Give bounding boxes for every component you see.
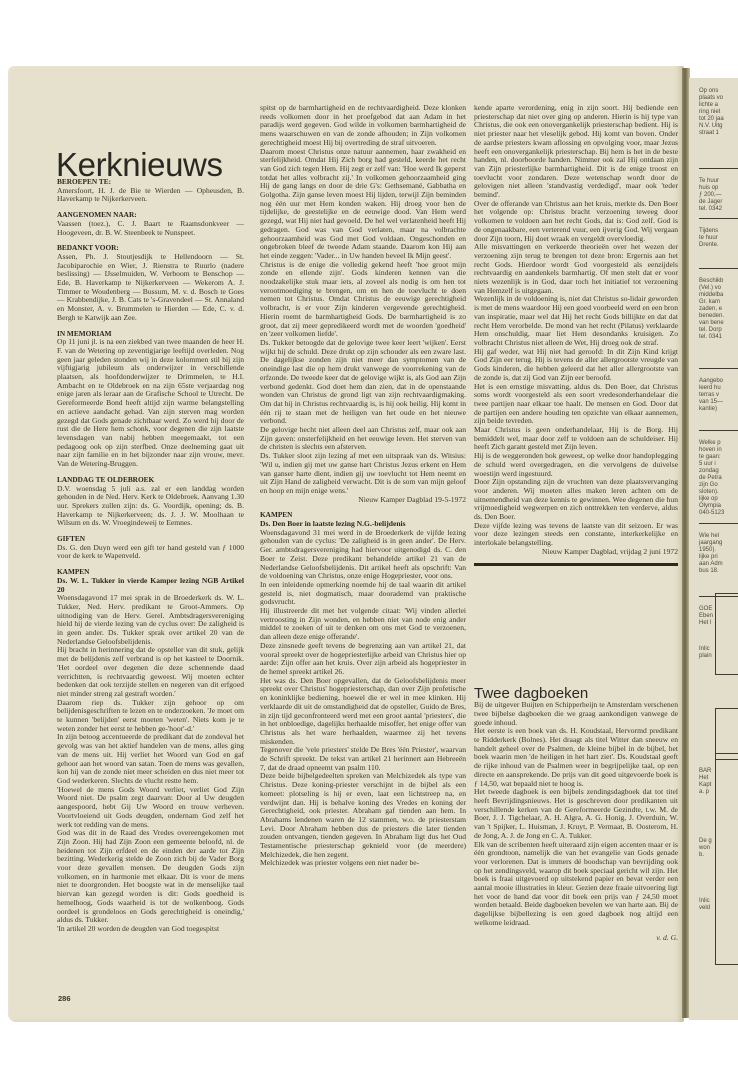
- paragraph: 'In artikel 20 worden de deugden van God…: [57, 925, 244, 934]
- paragraph: Daarom moest Christus onze natuur aannem…: [260, 148, 466, 261]
- paragraph: Alle misvattingen en verkeerde theorieën…: [474, 243, 678, 295]
- ad-box-border: [715, 593, 738, 675]
- paragraph: kende aparte verordening, enig in zijn s…: [474, 104, 678, 200]
- paragraph: Door Zijn opstanding zijn de vruchten va…: [474, 478, 678, 522]
- paragraph: Melchizedek was priester volgens een nie…: [260, 859, 466, 868]
- ad-divider: [699, 368, 738, 369]
- paragraph: Elk van de scribenten heeft uiteraard zi…: [474, 841, 678, 928]
- paragraph: Woensdagavond 31 mei werd in de Broederk…: [260, 529, 466, 581]
- paragraph: Het was ds. Den Boer opgevallen, dat de …: [260, 677, 466, 747]
- column-1: BEROEPEN TE:Amersfoort, H. J. de Bie te …: [57, 178, 244, 934]
- source-credit: Nieuw Kamper Dagblad, vrijdag 2 juni 197…: [474, 548, 678, 557]
- source-credit: Nieuw Kamper Dagblad 19-5-1972: [260, 496, 466, 505]
- paragraph: Het tweede dagboek is een bijbels zendin…: [474, 788, 678, 840]
- ad-box-border: [715, 753, 738, 965]
- paragraph: Hij bracht in herinnering dat de opstell…: [57, 646, 244, 698]
- paragraph: Hij gaf weder, wat Hij niet had geroofd:…: [474, 348, 678, 383]
- paragraph: God was dit in de Raad des Vredes overee…: [57, 829, 244, 925]
- ad-divider: [699, 168, 738, 169]
- paragraph: In een inleidende opmerking noemde hij d…: [260, 581, 466, 607]
- paragraph: Hij is de weggeronden bok geweest, op we…: [474, 452, 678, 478]
- ad-divider: [699, 523, 738, 524]
- paragraph: Deze beide bijbelgedeelten spreken van M…: [260, 772, 466, 859]
- ad-fragment: Tijdens te huur Drente.: [699, 228, 738, 249]
- section-text: Op 11 juni jl. is na een ziekbed van twe…: [57, 338, 244, 469]
- ad-fragment: Beschikb (Vel.) vo middelba Gr. kam zade…: [699, 278, 738, 341]
- section-text: Assen, Ph. J. Stoutjesdijk te Hellendoor…: [57, 253, 244, 323]
- adjacent-page: Op ons plaats vo lichte a ring niet tot …: [689, 78, 738, 1020]
- article-title: Twee dagboeken: [474, 690, 678, 699]
- divider-rule: [474, 563, 678, 566]
- paragraph: Deze vijfde lezing was tevens de laatste…: [474, 522, 678, 548]
- paragraph: Maar Christus is geen onderhandelaar, Hi…: [474, 426, 678, 452]
- ad-divider: [699, 430, 738, 431]
- paragraph: Tegenover die 'vele priesters' stelde De…: [260, 746, 466, 772]
- paragraph: Hij illustreerde dit met het volgende ci…: [260, 607, 466, 642]
- page-number: 286: [58, 994, 71, 1003]
- paragraph: Wezenlijk in de voldoening is, niet dat …: [474, 295, 678, 347]
- ad-divider: [699, 218, 738, 219]
- ad-fragment: Te huur huis op ƒ 200,— de Jager tel. 03…: [699, 178, 738, 213]
- section-text: Ds. G. den Duyn werd een gift ter hand g…: [57, 544, 244, 561]
- paragraph: Bij de uitgever Buijten en Schipperheijn…: [474, 701, 678, 727]
- paragraph: 'Hoewel de mens Gods Woord verliet, verl…: [57, 786, 244, 830]
- ad-fragment: Op ons plaats vo lichte a ring niet tot …: [699, 88, 738, 137]
- paragraph: De gelovige hecht niet alleen deel aan C…: [260, 426, 466, 452]
- paragraph: spitst op de barmhartigheid en de rechtv…: [260, 104, 466, 148]
- paragraph: Het eerste is een boek van ds. H. Koudst…: [474, 727, 678, 788]
- section-text: Vaassen (toez.), C. J. Baart te Raamsdon…: [57, 220, 244, 237]
- column-2: spitst op de barmhartigheid en de rechtv…: [260, 104, 466, 868]
- ad-fragment: Wie hel jaargang 1950). lijke pri aan Ad…: [699, 533, 738, 575]
- paragraph: Over de offerande van Christus aan het k…: [474, 200, 678, 244]
- ad-divider: [699, 268, 738, 269]
- paragraph: Ds. Tukker betoogde dat de gelovige twee…: [260, 339, 466, 426]
- ad-fragment: Welke p hoven in te gaan: 5 uur i zondag…: [699, 440, 738, 517]
- paragraph: Daarom riep ds. Tukker zijn gehoor op om…: [57, 699, 244, 734]
- empty-space: [474, 570, 678, 690]
- paragraph: Woensdagavond 17 mei sprak in de Broeder…: [57, 594, 244, 646]
- article-subheading: Ds. W. L. Tukker in vierde Kamper lezing…: [57, 577, 244, 594]
- paragraph: Het is een ernstige misvatting, aldus ds…: [474, 383, 678, 427]
- ad-fragment: Aangebo leerd hu terras v van 15— kantie…: [699, 378, 738, 413]
- section-text: Amersfoort, H. J. de Bie te Wierden — Op…: [57, 187, 244, 204]
- paragraph: In zijn betoog accentueerde de predikant…: [57, 733, 244, 785]
- column-3: kende aparte verordening, enig in zijn s…: [474, 104, 678, 942]
- section-text: D.V. woensdag 5 juli a.s. zal er een lan…: [57, 485, 244, 529]
- author-signature: v. d. G.: [474, 934, 678, 943]
- paragraph: Deze zinsnede geeft tevens de begrenzing…: [260, 642, 466, 677]
- paragraph: Ds. Tukker sloot zijn lezing af met een …: [260, 452, 466, 496]
- paragraph: Christus is de enige die volledig gekend…: [260, 261, 466, 339]
